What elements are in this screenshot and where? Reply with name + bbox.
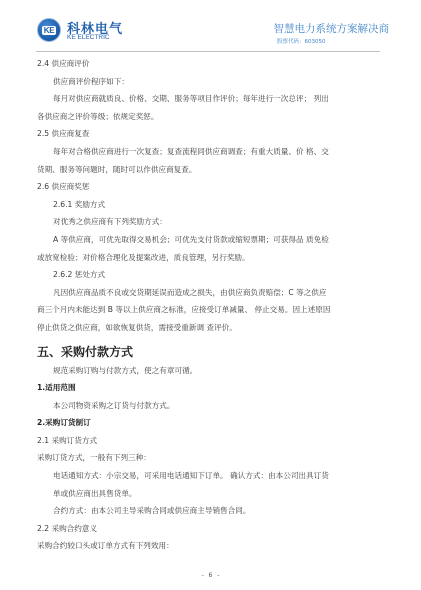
- company-slogan: 智慧电力系统方案解决商: [274, 21, 390, 36]
- section-heading: 1.适用范围: [37, 379, 387, 397]
- section-heading: 2.6 供应商奖惩: [37, 178, 387, 196]
- subsection-heading: 2.6.1 奖励方式: [37, 196, 387, 214]
- section-heading: 2.4 供应商评价: [37, 55, 387, 73]
- ke-logo-icon: KE: [37, 18, 61, 42]
- paragraph: 采购订货方式，一般有下列三种：: [37, 449, 387, 467]
- paragraph: 电话通知方式：小宗交易，可采用电话通知下订单。 确认方式：由本公司出具订货: [37, 467, 387, 485]
- paragraph: 货期、服务等问题时，随时可以作供应商复查。: [37, 161, 387, 179]
- logo-letters: KE: [42, 26, 57, 35]
- paragraph: 凡因供应商品质不良或交货期延误而造成之损失，由供应商负责赔偿；C 等之供应: [37, 284, 387, 302]
- subsection-heading: 2.2 采购合约意义: [37, 520, 387, 538]
- paragraph: 每年对合格供应商进行一次复查；复查流程同供应商调查；有重大质量、价 格、交: [37, 143, 387, 161]
- paragraph: 每月对供应商就质良、价格、交期、服务等项目作评价；每年进行一次总评； 列出: [37, 90, 387, 108]
- chapter-heading: 五、采购付款方式: [37, 342, 387, 362]
- paragraph: 各供应商之评价等级；依规定奖惩。: [37, 108, 387, 126]
- paragraph: 对优秀之供应商有下列奖励方式：: [37, 213, 387, 231]
- paragraph: A 等供应商，可优先取得交易机会；可优先支付货款或缩短票期；可获得品 质免检: [37, 231, 387, 249]
- subsection-heading: 2.6.2 惩处方式: [37, 266, 387, 284]
- section-heading: 2.5 供应商复查: [37, 125, 387, 143]
- paragraph: 合约方式：由本公司主导采购合同或供应商主导销售合同。: [37, 502, 387, 520]
- document-body: 2.4 供应商评价 供应商评价程序如下： 每月对供应商就质良、价格、交期、服务等…: [37, 55, 387, 555]
- section-heading: 2.采购订货制订: [37, 414, 387, 432]
- paragraph: 单或供应商出具售货单。: [37, 485, 387, 503]
- page-number: - 6 -: [0, 571, 421, 579]
- paragraph: 供应商评价程序如下：: [37, 73, 387, 91]
- paragraph: 本公司物资采购之订货与付款方式。: [37, 397, 387, 415]
- paragraph: 商三个月内未能达到 B 等以上供应商之标准，应接受订单减量、 停止交易。因上述原…: [37, 301, 387, 319]
- page-header: KE 科林电气 KE ELECTRIC 智慧电力系统方案解决商 股票代码：603…: [0, 0, 421, 56]
- paragraph: 采购合约较口头或订单方式有下列效用：: [37, 537, 387, 555]
- paragraph: 或放宽检验；对价格合理化及提案改进，质良管理，另行奖励。: [37, 249, 387, 267]
- stock-code: 股票代码：603050: [277, 37, 326, 45]
- header-divider: [36, 51, 380, 52]
- subsection-heading: 2.1 采购订货方式: [37, 432, 387, 450]
- paragraph: 规范采购订购与付款方式，使之有章可循。: [37, 362, 387, 380]
- paragraph: 停止供货之供应商，如欲恢复供货，需接受重新调 查评价。: [37, 319, 387, 337]
- brand-name-en: KE ELECTRIC: [67, 34, 110, 41]
